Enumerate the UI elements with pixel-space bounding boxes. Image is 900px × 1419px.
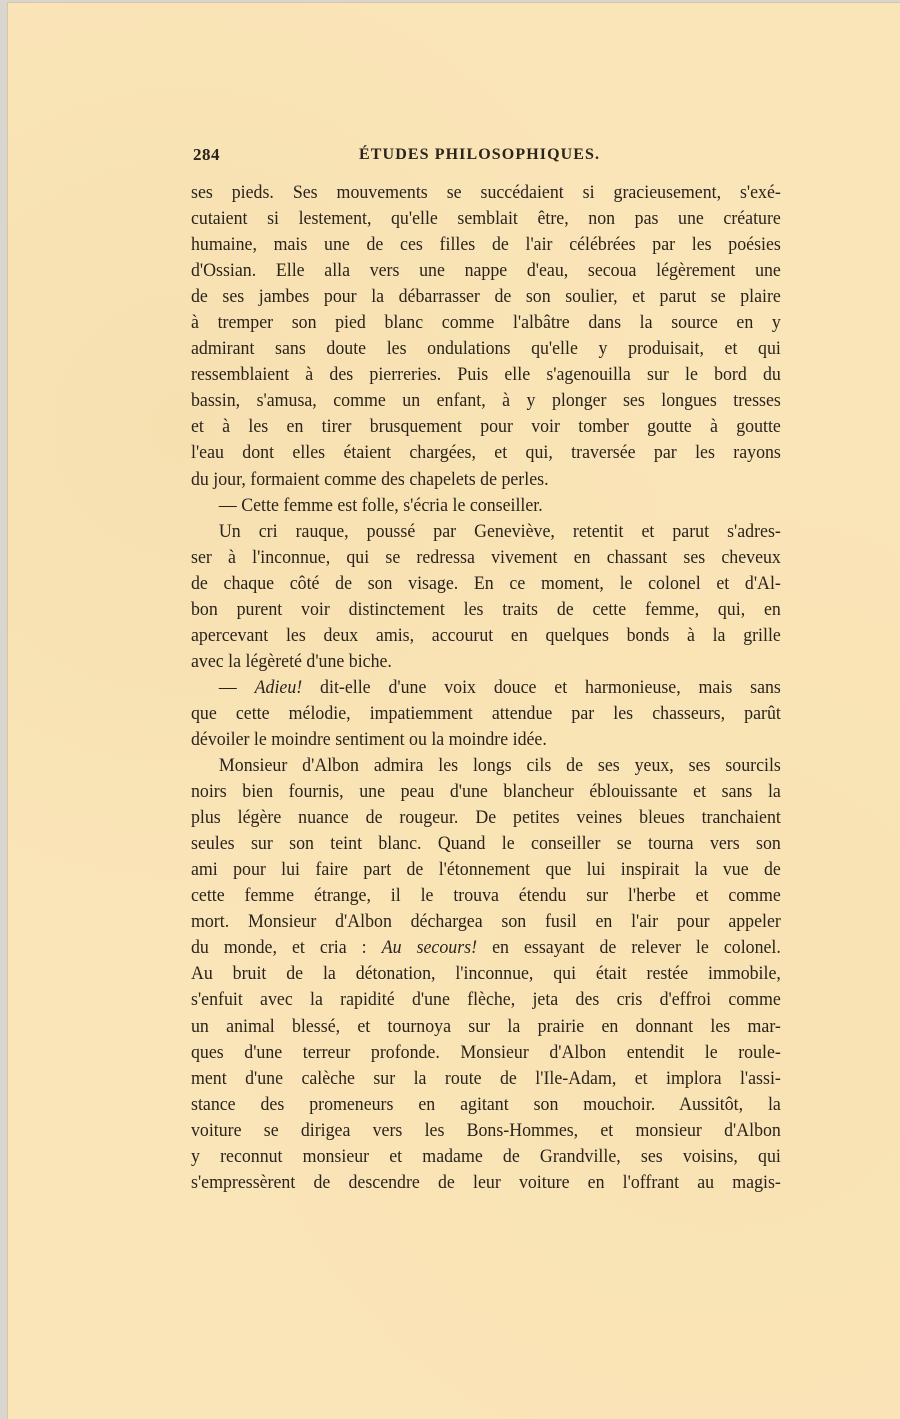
text-line: admirant sans doute les ondulations qu'e…	[191, 336, 781, 362]
paragraph-start-line: Monsieur d'Albon admira les longs cils d…	[191, 753, 781, 779]
text-line: ment d'une calèche sur la route de l'Ile…	[191, 1066, 781, 1092]
text-line: du monde, et cria : Au secours! en essay…	[191, 935, 781, 961]
text-line: et à les en tirer brusquement pour voir …	[191, 414, 781, 440]
text-line: de ses jambes pour la débarrasser de son…	[191, 284, 781, 310]
body-text: ses pieds. Ses mouvements se succédaient…	[191, 180, 781, 1196]
text-line: voiture se dirigea vers les Bons-Hommes,…	[191, 1118, 781, 1144]
text-line: ami pour lui faire part de l'étonnement …	[191, 857, 781, 883]
text-line: seules sur son teint blanc. Quand le con…	[191, 831, 781, 857]
text-line: s'empressèrent de descendre de leur voit…	[191, 1170, 781, 1196]
text-line: cette femme étrange, il le trouva étendu…	[191, 883, 781, 909]
text-line: cutaient si lestement, qu'elle semblait …	[191, 206, 781, 232]
italic-exclamation: Adieu!	[255, 677, 303, 698]
text-line: plus légère nuance de rougeur. De petite…	[191, 805, 781, 831]
line-remainder: en essayant de relever le colonel.	[477, 937, 781, 958]
text-line: bassin, s'amusa, comme un enfant, à y pl…	[191, 388, 781, 414]
text-line: bon purent voir distinctement les traits…	[191, 597, 781, 623]
text-line: y reconnut monsieur et madame de Grandvi…	[191, 1144, 781, 1170]
dialogue-line: — Adieu! dit-elle d'une voix douce et ha…	[191, 675, 781, 701]
text-line: à tremper son pied blanc comme l'albâtre…	[191, 310, 781, 336]
text-line: apercevant les deux amis, accourut en qu…	[191, 623, 781, 649]
text-line: d'Ossian. Elle alla vers une nappe d'eau…	[191, 258, 781, 284]
paragraph-end-line: du jour, formaient comme des chapelets d…	[191, 467, 781, 493]
text-line: ses pieds. Ses mouvements se succédaient…	[191, 180, 781, 206]
dash: —	[219, 677, 255, 698]
running-head-title: ÉTUDES PHILOSOPHIQUES.	[359, 146, 600, 164]
page-number: 284	[193, 145, 220, 165]
book-page: 284 ÉTUDES PHILOSOPHIQUES. ses pieds. Se…	[7, 2, 900, 1419]
dialogue-line: — Cette femme est folle, s'écria le cons…	[191, 493, 781, 519]
text-line: un animal blessé, et tournoya sur la pra…	[191, 1014, 781, 1040]
text-line: que cette mélodie, impatiemment attendue…	[191, 701, 781, 727]
text-line: mort. Monsieur d'Albon déchargea son fus…	[191, 909, 781, 935]
line-remainder: dit-elle d'une voix douce et harmonieuse…	[302, 677, 781, 698]
paragraph-end-line: dévoiler le moindre sentiment ou la moin…	[191, 727, 781, 753]
running-head: 284 ÉTUDES PHILOSOPHIQUES.	[193, 145, 781, 173]
line-start: du monde, et cria :	[191, 937, 382, 958]
text-line: l'eau dont elles étaient chargées, et qu…	[191, 440, 781, 466]
paragraph-start-line: Un cri rauque, poussé par Geneviève, ret…	[191, 519, 781, 545]
paragraph-end-line: avec la légèreté d'une biche.	[191, 649, 781, 675]
text-line: noirs bien fournis, une peau d'une blanc…	[191, 779, 781, 805]
text-line: s'enfuit avec la rapidité d'une flèche, …	[191, 987, 781, 1013]
text-line: Au bruit de la détonation, l'inconnue, q…	[191, 961, 781, 987]
text-line: ser à l'inconnue, qui se redressa viveme…	[191, 545, 781, 571]
text-line: ressemblaient à des pierreries. Puis ell…	[191, 362, 781, 388]
text-line: humaine, mais une de ces filles de l'air…	[191, 232, 781, 258]
text-line: ques d'une terreur profonde. Monsieur d'…	[191, 1040, 781, 1066]
text-line: de chaque côté de son visage. En ce mome…	[191, 571, 781, 597]
text-line: stance des promeneurs en agitant son mou…	[191, 1092, 781, 1118]
italic-exclamation: Au secours!	[382, 937, 477, 958]
